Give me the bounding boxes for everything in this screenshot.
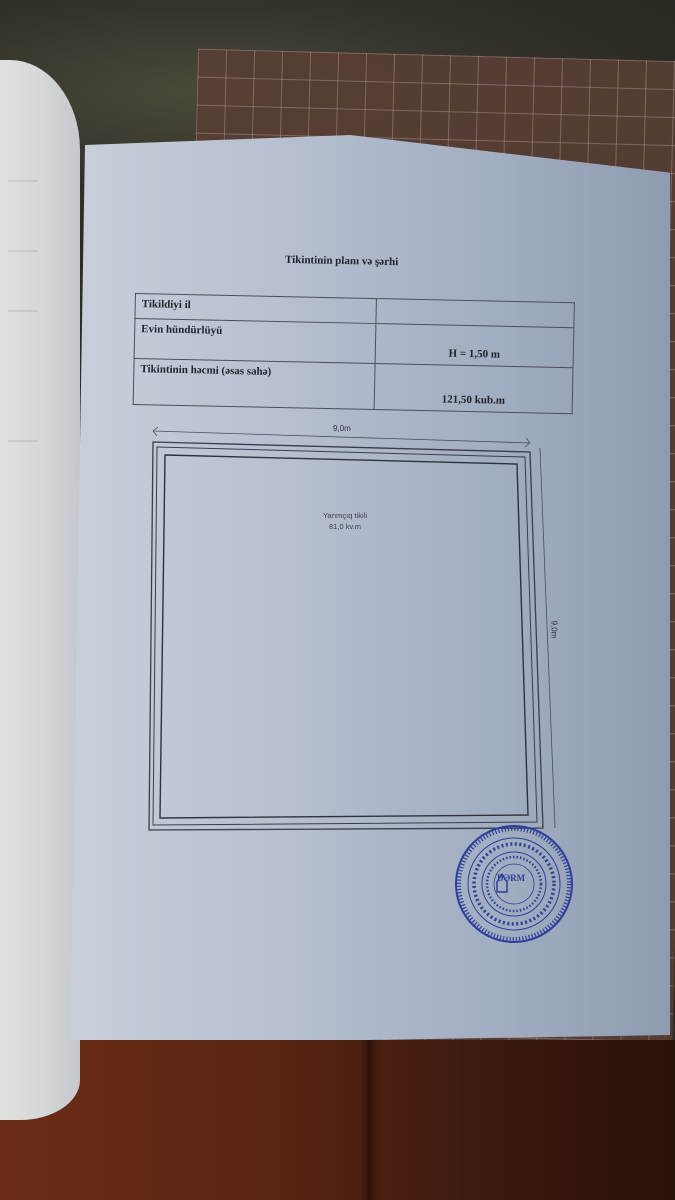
- plan-height-label: 9,0m: [549, 621, 558, 639]
- document-title: Tikintinin planı və şərhi: [285, 254, 398, 268]
- info-table: Tikildiyi il Evin hündürlüyü H = 1,50 m …: [133, 293, 575, 414]
- background-table: [0, 1040, 675, 1200]
- stamp-center-text: DƏRM: [497, 873, 525, 883]
- area-name: Yarımçıq tikili: [300, 510, 390, 521]
- ghost-text: [8, 310, 38, 312]
- document-page: [70, 135, 670, 1040]
- ghost-text: [8, 440, 38, 442]
- row-value: 121,50 kub.m: [374, 364, 573, 414]
- row-label: Tikintinin həcmi (əsas sahə): [133, 358, 375, 409]
- row-value: H = 1,50 m: [375, 324, 574, 368]
- table-seam: [360, 1040, 378, 1200]
- left-page: [0, 60, 80, 1120]
- ghost-text: [8, 250, 38, 252]
- area-value: 81,0 kv.m: [300, 521, 390, 532]
- plan-area-label: Yarımçıq tikili 81,0 kv.m: [300, 510, 390, 532]
- ghost-text: [8, 180, 38, 182]
- plan-width-label: 9,0m: [333, 424, 351, 433]
- table-row: Tikintinin həcmi (əsas sahə) 121,50 kub.…: [133, 358, 573, 413]
- row-label: Evin hündürlüyü: [134, 319, 376, 364]
